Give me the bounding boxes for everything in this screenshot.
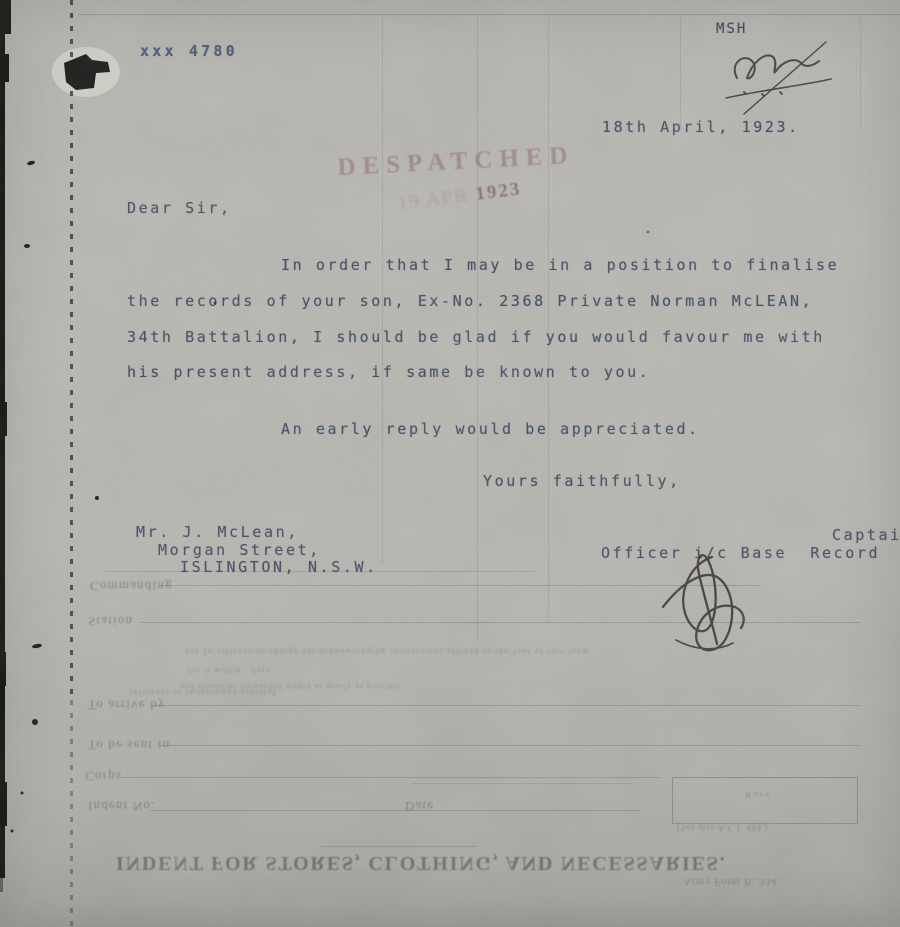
bleed-fine-print: for it within days (188, 666, 271, 675)
body-line-1: In order that I may be in a position to … (281, 256, 839, 274)
bleed-army-form: Army Form B. 334. (683, 876, 780, 888)
recipient-city: ISLINGTON, N.S.W. (180, 558, 378, 576)
reply-line: An early reply would be appreciated. (281, 420, 700, 438)
letter-date: 18th April, 1923. (602, 118, 800, 136)
recipient-name: Mr. J. McLean, (136, 523, 299, 541)
form-rule (78, 14, 900, 15)
bleed-box-text: Rose (745, 790, 771, 800)
form-rule (160, 745, 860, 746)
stamp-date: 19 APR 1923 (397, 164, 638, 215)
paper-texture (0, 0, 900, 927)
form-rule (382, 15, 383, 565)
form-rule (320, 846, 477, 847)
body-line-3: 34th Battalion, I should be glad if you … (127, 328, 825, 346)
body-line-4: his present address, if same be known to… (127, 363, 650, 381)
bleed-see-also-note: (See also A.C.I. 494.) (677, 823, 768, 833)
salutation: Dear Sir, (127, 199, 232, 217)
bleed-label-indent-no: Indent No. (88, 798, 156, 814)
signature-office: Officer i/c Base Record (601, 544, 880, 562)
form-rule (410, 783, 633, 784)
bleed-label-to-be-sent-to: To be sent to (88, 737, 170, 753)
bleed-label-commanding: Commanding (90, 578, 173, 594)
valediction: Yours faithfully, (483, 472, 681, 490)
recipient-street: Morgan Street, (158, 541, 321, 559)
perforation-line (70, 0, 73, 700)
form-rule (160, 585, 760, 586)
bleed-fine-print: reference to instructions overleaf (130, 688, 276, 697)
form-rule (860, 15, 861, 130)
stamp-date-year: 1923 (474, 178, 522, 204)
reference-number: xxx 4780 (140, 42, 238, 60)
stamp-text: DESPATCHED (337, 142, 578, 183)
scan-edge-left (0, 0, 11, 892)
form-rule (548, 15, 549, 623)
perforation-line (70, 700, 73, 927)
despatched-stamp: DESPATCHED 19 APR 1923 (337, 142, 579, 204)
bleed-label-station: Station (88, 613, 133, 629)
form-rule (150, 810, 640, 811)
officer-signature (663, 555, 744, 650)
form-rule (150, 705, 860, 706)
scanned-letter-page: Commanding Station To arrive by To be se… (0, 0, 900, 927)
torn-paper-patch (52, 47, 120, 97)
body-line-2: the records of your son, Ex-No. 2368 Pri… (127, 292, 813, 310)
stamp-date-day-month: 19 APR (397, 184, 477, 214)
routing-initials: MSH (716, 20, 747, 38)
form-rule (140, 622, 860, 623)
bleed-fine-print: (a) To officers-in-charge for acknowledg… (186, 647, 589, 656)
handwritten-initials (726, 42, 831, 114)
form-rule (680, 15, 681, 130)
signature-rank: Captai (832, 526, 900, 544)
bleed-label-to-arrive-by: To arrive by (88, 697, 166, 713)
form-box (672, 777, 858, 824)
bleed-form-title: INDENT FOR STORES, CLOTHING, AND NECESSA… (116, 851, 726, 874)
punch-hole-mark (64, 54, 110, 90)
scan-artifacts-layer (0, 0, 900, 927)
bleed-label-date: Date (405, 798, 434, 814)
form-rule (120, 777, 660, 778)
bleed-label-corps: Corps (85, 768, 122, 784)
